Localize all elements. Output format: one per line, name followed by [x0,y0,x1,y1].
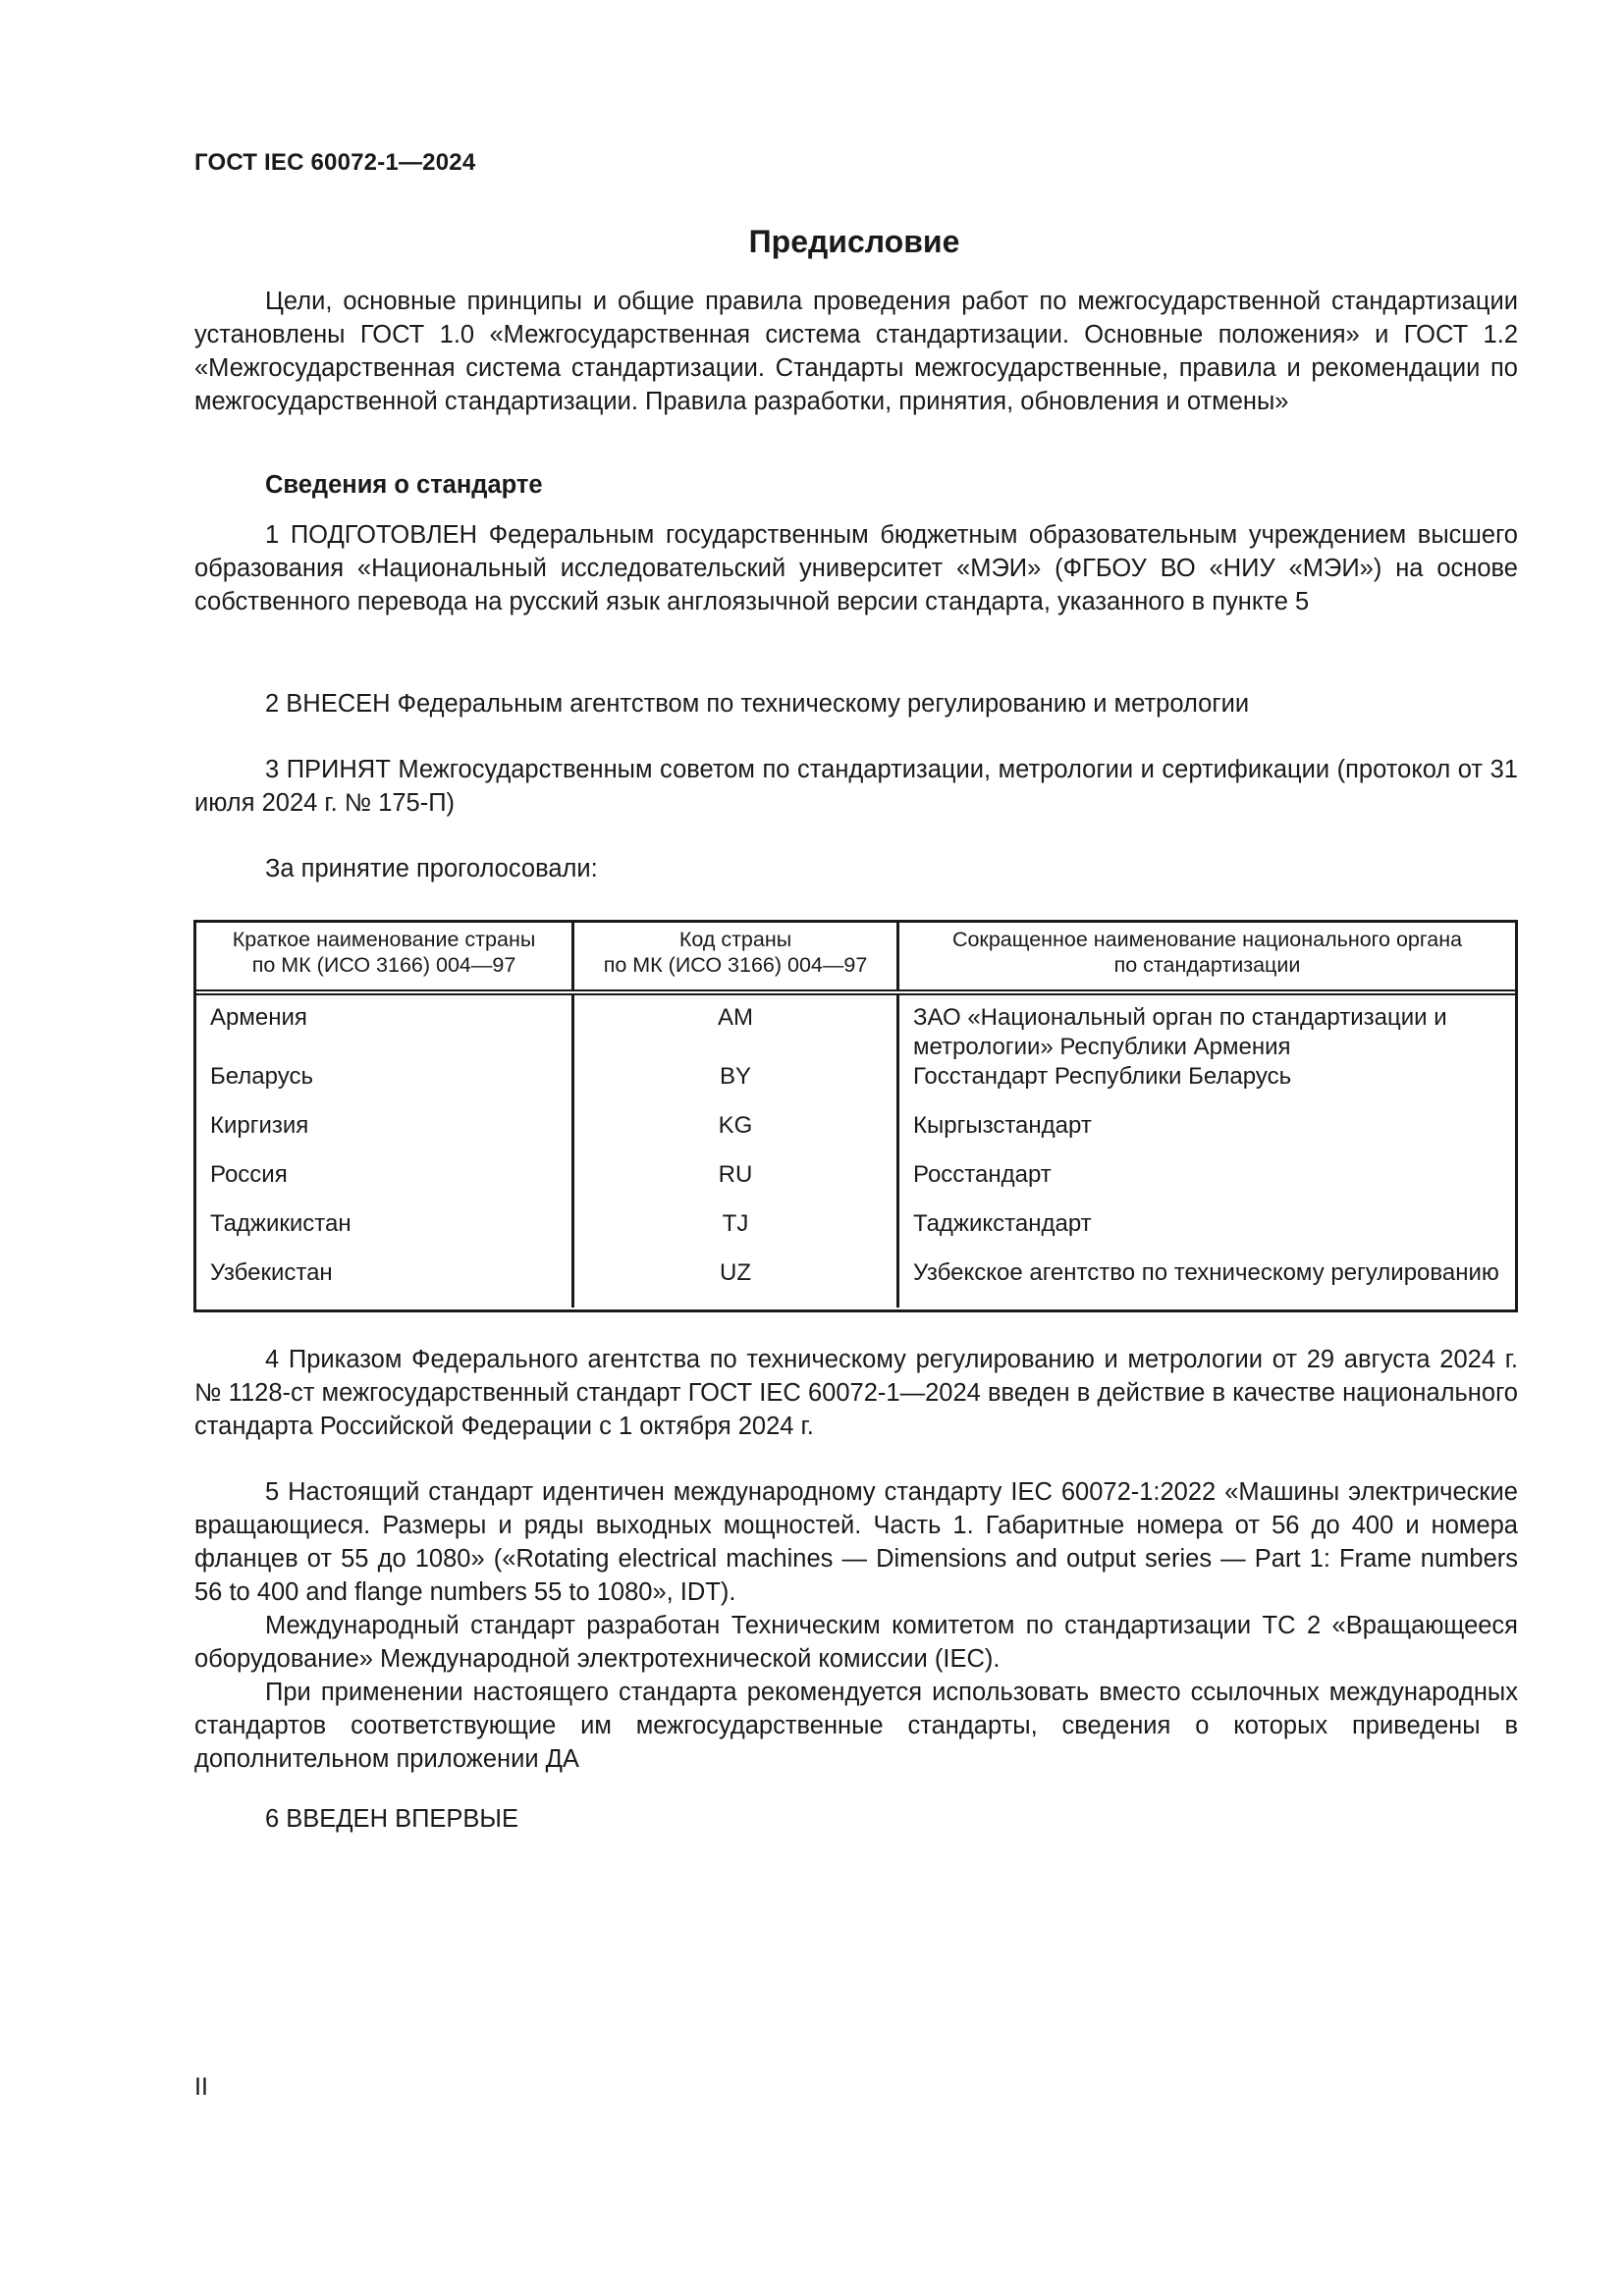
intro-paragraph: Цели, основные принципы и общие правила … [194,285,1518,418]
country-name: Таджикистан [196,1209,573,1258]
document-page: ГОСТ IEC 60072-1—2024 Предисловие Цели, … [0,0,1624,2296]
country-code: AM [573,992,898,1062]
item-2-block: 2 ВНЕСЕН Федеральным агентством по техни… [194,687,1518,721]
item-4: 4 Приказом Федерального агентства по тех… [194,1343,1518,1443]
national-body: Узбекское агентство по техническому регу… [898,1258,1516,1308]
table-row: Киргизия KG Кыргызстандарт [196,1111,1515,1160]
national-body: ЗАО «Национальный орган по стандартизаци… [898,992,1516,1062]
item-5-block: 5 Настоящий стандарт идентичен междунаро… [194,1475,1518,1776]
country-name: Россия [196,1160,573,1209]
table-row: Узбекистан UZ Узбекское агентство по тех… [196,1258,1515,1308]
header-country-code: Код страны по МК (ИСО 3166) 004—97 [573,923,898,992]
item-3-block: 3 ПРИНЯТ Межгосударственным советом по с… [194,753,1518,820]
country-code: UZ [573,1258,898,1308]
header-country-name: Краткое наименование страны по МК (ИСО 3… [196,923,573,992]
item-6-block: 6 ВВЕДЕН ВПЕРВЫЕ [194,1802,1518,1836]
country-name: Беларусь [196,1062,573,1111]
national-body: Таджикстандарт [898,1209,1516,1258]
country-name: Узбекистан [196,1258,573,1308]
country-name: Киргизия [196,1111,573,1160]
national-body: Кыргызстандарт [898,1111,1516,1160]
item-4-block: 4 Приказом Федерального агентства по тех… [194,1343,1518,1443]
country-name: Армения [196,992,573,1062]
item-1-block: 1 ПОДГОТОВЛЕН Федеральным государственны… [194,518,1518,618]
item-3: 3 ПРИНЯТ Межгосударственным советом по с… [194,753,1518,820]
item-5-paragraph-3: При применении настоящего стандарта реко… [194,1676,1518,1776]
national-body: Росстандарт [898,1160,1516,1209]
table-row: Россия RU Росстандарт [196,1160,1515,1209]
country-code: KG [573,1111,898,1160]
voted-label-block: За принятие проголосовали: [194,852,1518,885]
table-row: Беларусь BY Госстандарт Республики Белар… [196,1062,1515,1111]
section-heading: Сведения о стандарте [265,471,543,500]
table-row: Армения AM ЗАО «Национальный орган по ст… [196,992,1515,1062]
table-header-row: Краткое наименование страны по МК (ИСО 3… [196,923,1515,992]
intro-paragraph-block: Цели, основные принципы и общие правила … [194,285,1518,418]
item-2: 2 ВНЕСЕН Федеральным агентством по техни… [194,687,1518,721]
voted-label: За принятие проголосовали: [194,852,1518,885]
header-national-body: Сокращенное наименование национального о… [898,923,1516,992]
page-number: II [194,2073,208,2102]
document-id-header: ГОСТ IEC 60072-1—2024 [194,149,475,177]
country-code: RU [573,1160,898,1209]
voting-countries-table: Краткое наименование страны по МК (ИСО 3… [193,920,1518,1312]
country-code: BY [573,1062,898,1111]
page-title: Предисловие [0,224,1624,260]
item-6: 6 ВВЕДЕН ВПЕРВЫЕ [194,1802,1518,1836]
item-5-paragraph-2: Международный стандарт разработан Технич… [194,1609,1518,1676]
country-code: TJ [573,1209,898,1258]
table-row: Таджикистан TJ Таджикстандарт [196,1209,1515,1258]
national-body: Госстандарт Республики Беларусь [898,1062,1516,1111]
item-1: 1 ПОДГОТОВЛЕН Федеральным государственны… [194,518,1518,618]
item-5: 5 Настоящий стандарт идентичен междунаро… [194,1475,1518,1609]
